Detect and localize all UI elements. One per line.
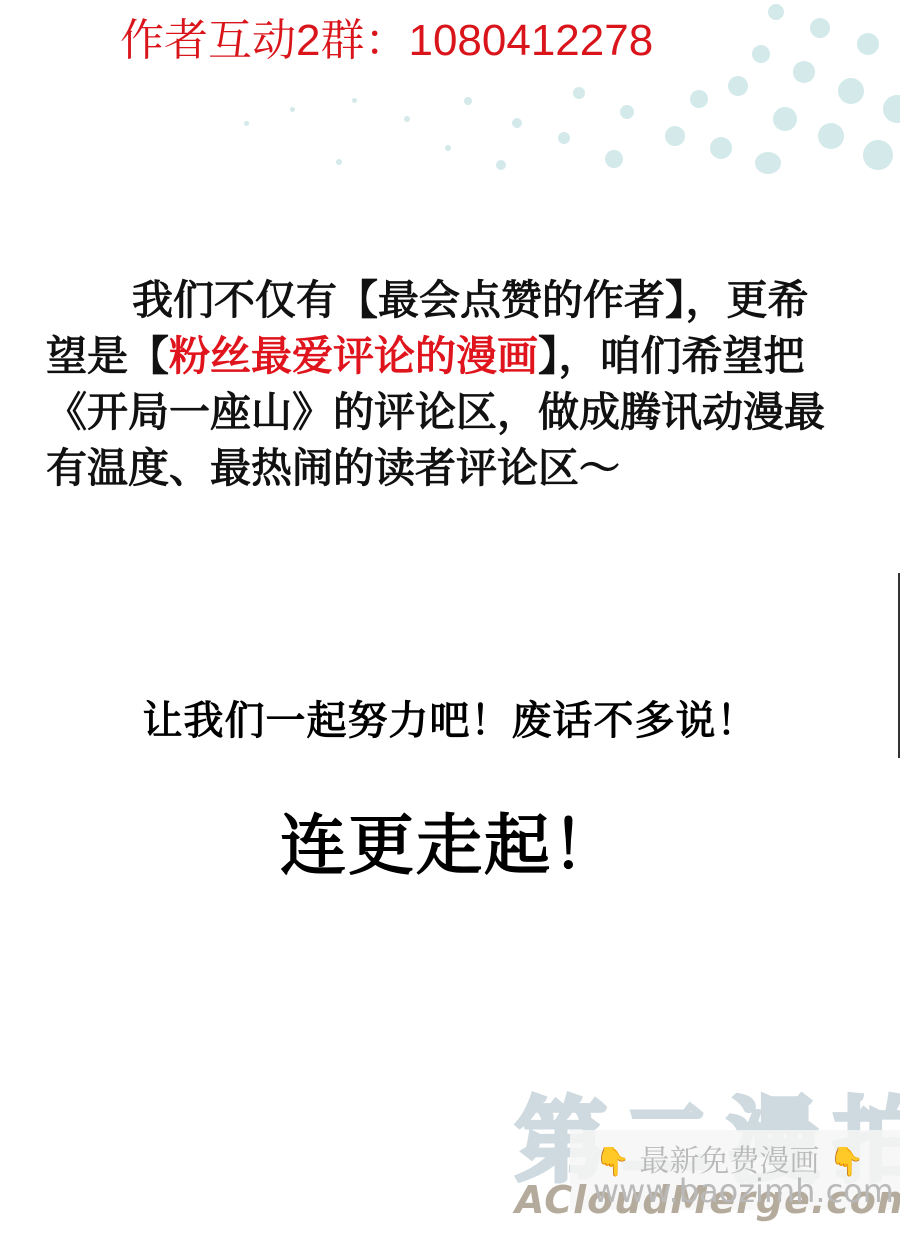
highlight-fan-favorite-comic: 粉丝最爱评论的漫画: [169, 332, 538, 380]
slogan-work-together: 让我们一起努力吧！废话不多说！: [0, 694, 900, 748]
intro-line-1-suffix: 】，更希: [665, 276, 809, 324]
site-watermark: 第二漫拍 ACloudMerge.com 👇 最新免费漫画 👇 www.baoz…: [515, 1092, 900, 1222]
watermark-url[interactable]: www.baozimh.com: [593, 1172, 894, 1210]
author-group-number: 作者互动2群：1080412278: [120, 14, 653, 68]
highlight-best-liker-author: 最会点赞的作者: [378, 276, 665, 324]
intro-line-4: 有温度、最热闹的读者评论区～: [46, 440, 876, 496]
slogan-continuous-updates: 连更走起！: [0, 806, 900, 886]
intro-line-3: 《开局一座山》的评论区，做成腾讯动漫最: [46, 384, 876, 440]
intro-line-2-suffix: 】，咱们希望把: [538, 332, 805, 380]
intro-line-2: 望是【粉丝最爱评论的漫画】，咱们希望把: [46, 328, 876, 384]
intro-line-2-prefix: 望是【: [46, 332, 169, 380]
intro-paragraph: 我们不仅有【最会点赞的作者】，更希 望是【粉丝最爱评论的漫画】，咱们希望把 《开…: [46, 272, 876, 496]
intro-line-1: 我们不仅有【最会点赞的作者】，更希: [46, 272, 876, 328]
intro-line-1-prefix: 我们不仅有【: [132, 276, 378, 324]
